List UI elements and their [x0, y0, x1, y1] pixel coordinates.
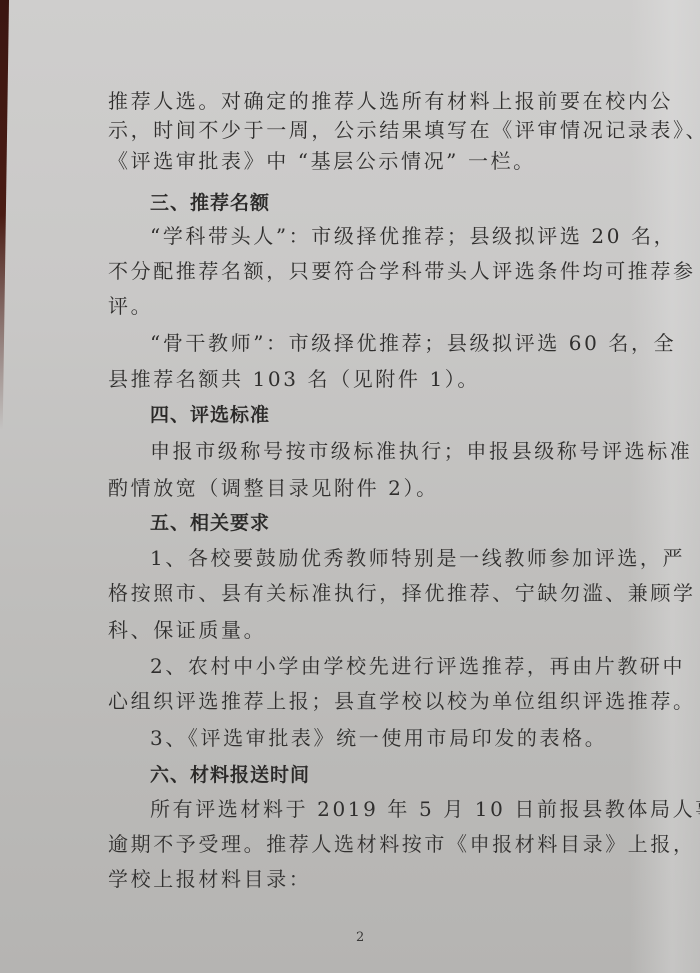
photo-light-glare — [630, 0, 700, 973]
body-line: 示，时间不少于一周，公示结果填写在《评审情况记录表》、 — [108, 117, 700, 143]
body-line: 不分配推荐名额，只要符合学科带头人评选条件均可推荐参 — [108, 258, 696, 284]
body-line: 申报市级称号按市级标准执行；申报县级称号评选标准 — [150, 438, 692, 464]
body-line: 县推荐名额共 103 名（见附件 1）。 — [108, 366, 480, 392]
body-line: 科、保证质量。 — [108, 617, 266, 643]
section-heading-5: 五、相关要求 — [150, 510, 270, 536]
body-line: 《评选审批表》中 “基层公示情况” 一栏。 — [108, 148, 536, 174]
body-line: 3、《评选审批表》统一使用市局印发的表格。 — [150, 725, 607, 751]
body-line: 所有评选材料于 2019 年 5 月 10 日前报县教体局人事股， — [150, 796, 700, 822]
body-line: 2、农村中小学由学校先进行评选推荐，再由片教研中 — [150, 653, 685, 679]
body-line: 学校上报材料目录： — [108, 866, 311, 892]
page-number: 2 — [356, 930, 364, 945]
body-line: “学科带头人”：市级择优推荐；县级拟评选 20 名， — [150, 223, 676, 249]
section-heading-6: 六、材料报送时间 — [150, 762, 310, 788]
photo-edge-shadow — [0, 0, 9, 430]
body-line: 推荐人选。对确定的推荐人选所有材料上报前要在校内公 — [108, 88, 673, 114]
body-line: 1、各校要鼓励优秀教师特别是一线教师参加评选，严 — [150, 545, 685, 571]
body-line: 心组织评选推荐上报；县直学校以校为单位组织评选推荐。 — [108, 688, 696, 714]
body-line: “骨干教师”：市级择优推荐；县级拟评选 60 名，全 — [150, 330, 676, 356]
section-heading-4: 四、评选标准 — [150, 402, 270, 428]
body-line: 评。 — [108, 293, 153, 319]
body-line: 逾期不予受理。推荐人选材料按市《申报材料目录》上报， — [108, 831, 696, 857]
body-line: 格按照市、县有关标准执行，择优推荐、宁缺勿滥、兼顾学 — [108, 580, 696, 606]
section-heading-3: 三、推荐名额 — [150, 190, 270, 216]
body-line: 酌情放宽（调整目录见附件 2）。 — [108, 475, 439, 501]
